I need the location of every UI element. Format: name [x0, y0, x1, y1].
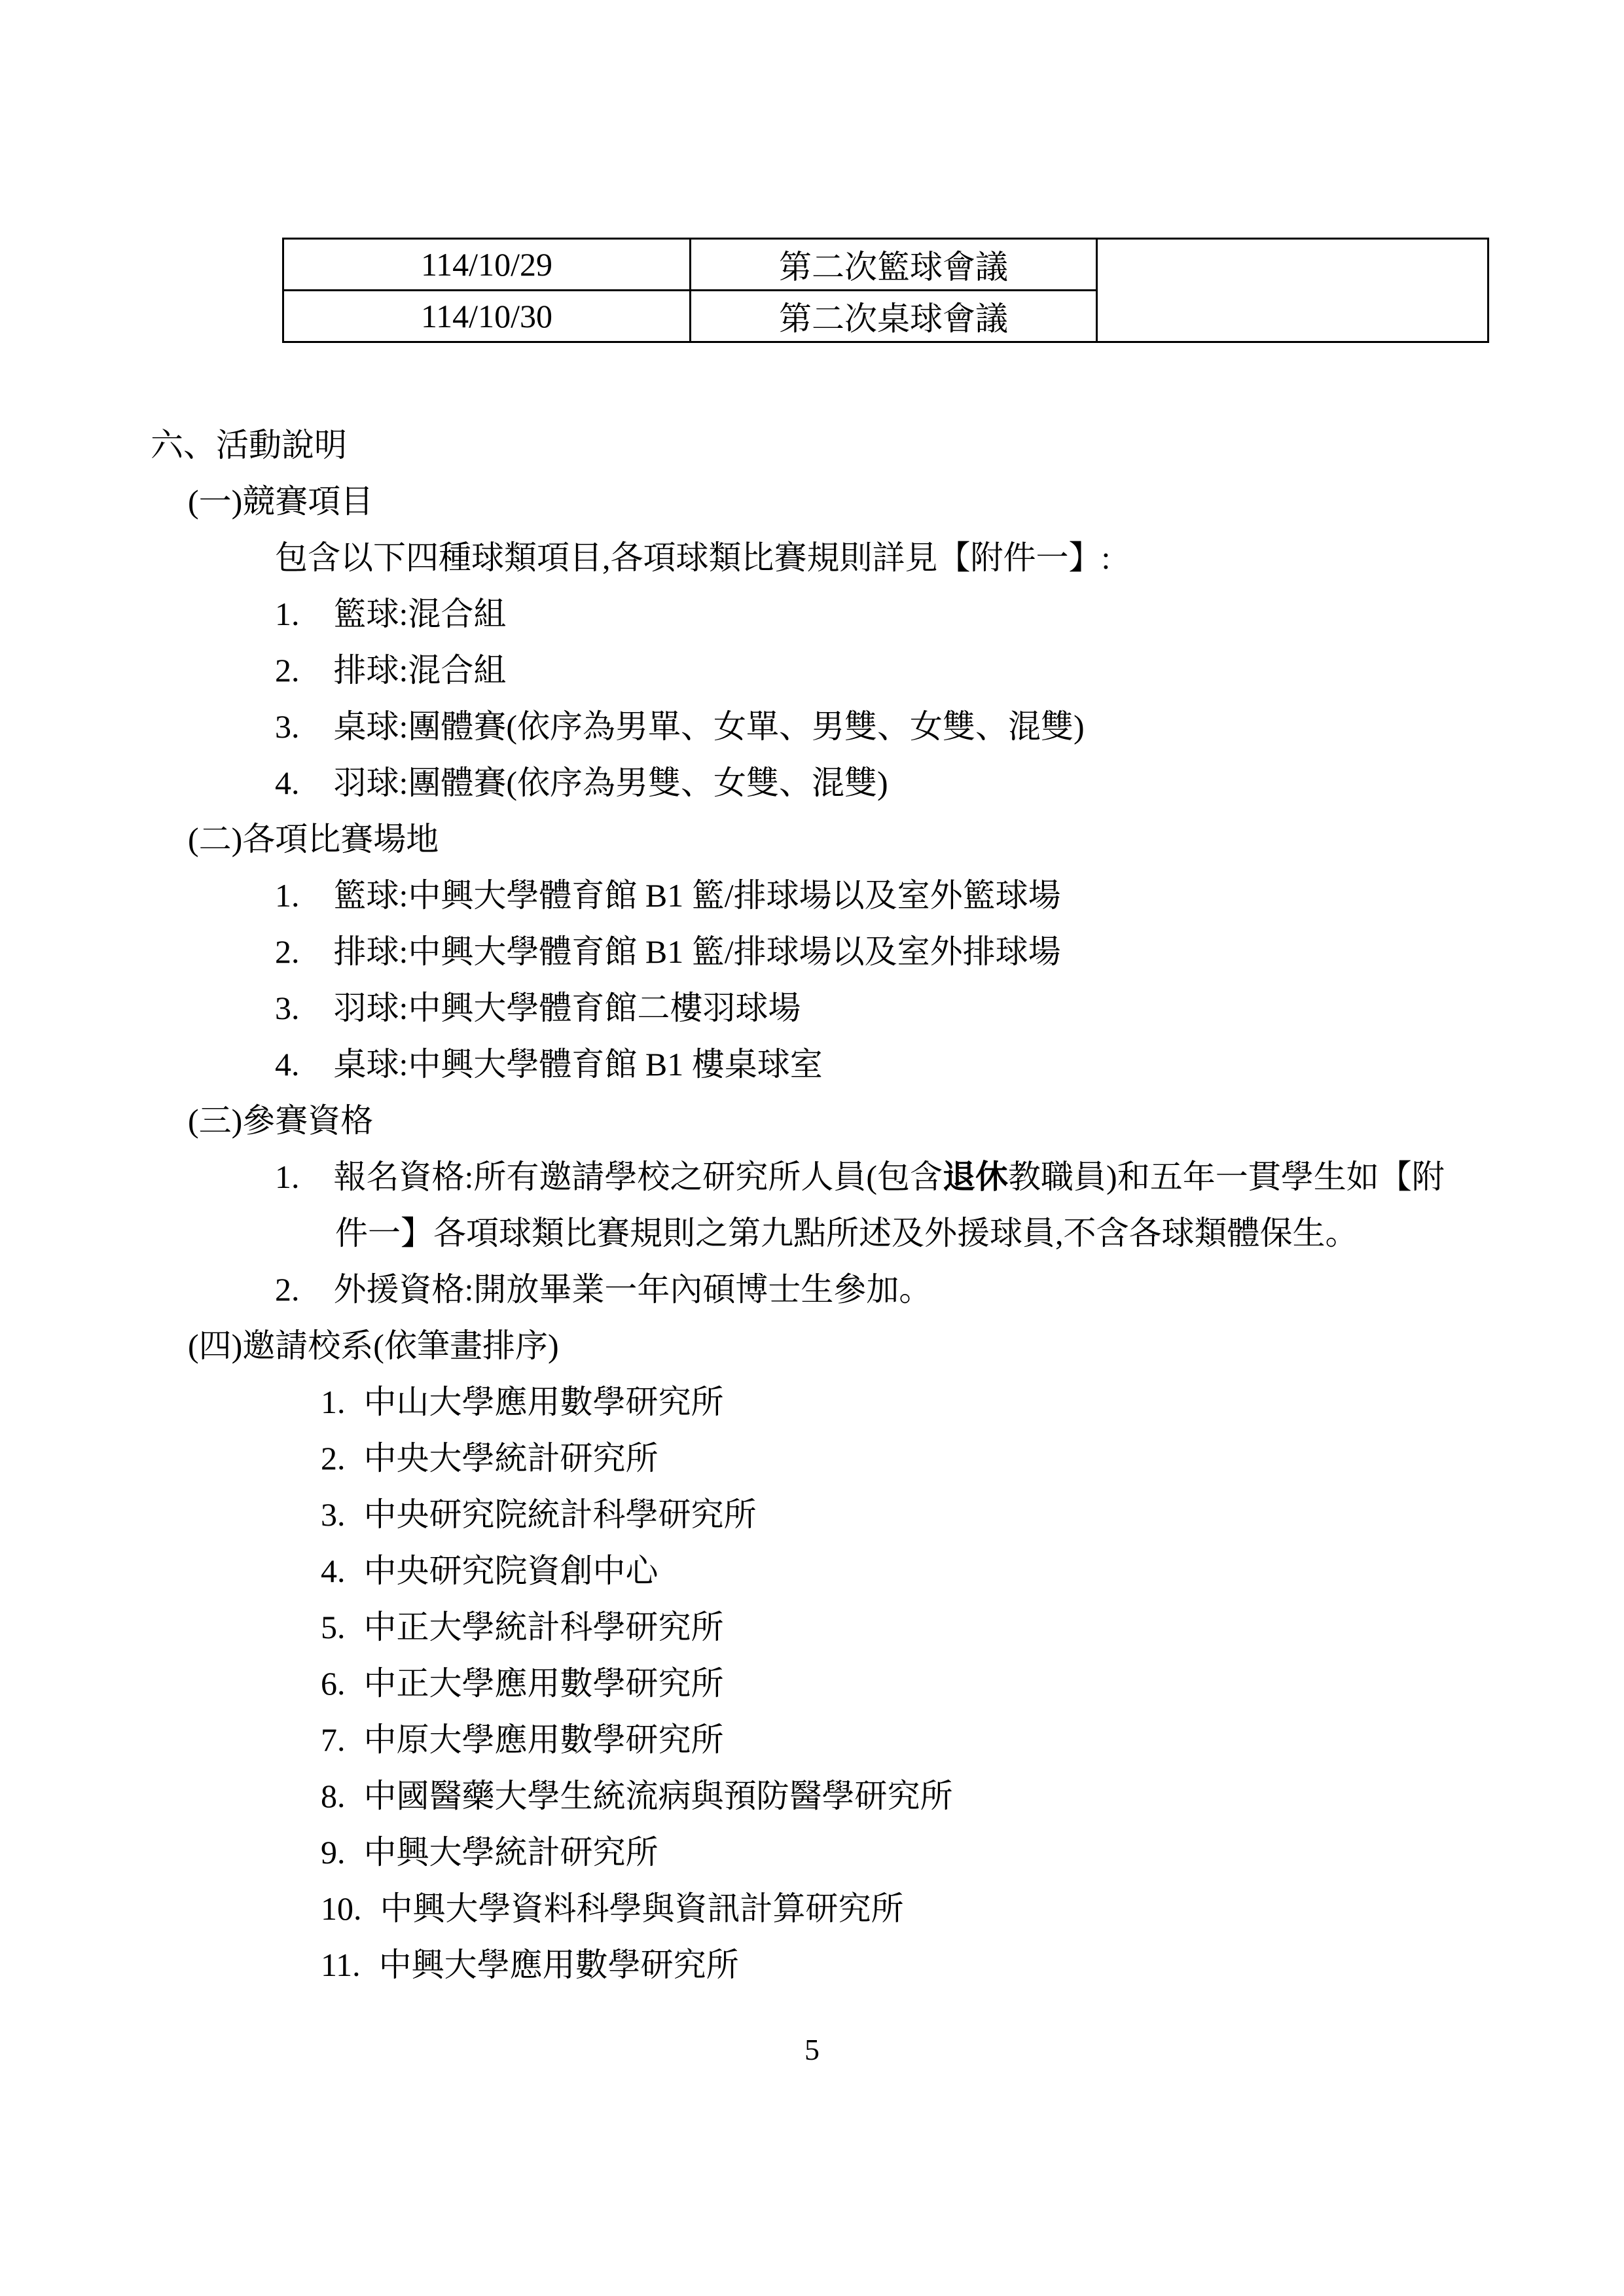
list-item-number: 2.	[321, 1442, 346, 1475]
school-list-item: 1.中山大學應用數學研究所	[0, 1374, 1624, 1430]
list-item-number: 2.	[275, 654, 300, 687]
list-item-text: 中興大學統計研究所	[364, 1836, 659, 1869]
list-item-text: 中央研究院統計科學研究所	[364, 1498, 757, 1531]
subsection-intro: 包含以下四種球類項目,各項球類比賽規則詳見【附件一】:	[0, 529, 1624, 586]
list-item: 4.羽球:團體賽(依序為男雙、女雙、混雙)	[0, 755, 1624, 811]
list-item-text: 中興大學資料科學與資訊計算研究所	[380, 1892, 904, 1925]
list-item-number: 2.	[275, 935, 300, 968]
list-item-text: 報名資格:所有邀請學校之研究所人員(包含	[334, 1160, 943, 1193]
list-item-text: 桌球:團體賽(依序為男單、女單、男雙、女雙、混雙)	[334, 710, 1085, 743]
list-item-text: 籃球:中興大學體育館 B1 籃/排球場以及室外籃球場	[334, 879, 1061, 912]
list-item-text: 中山大學應用數學研究所	[364, 1386, 724, 1418]
schedule-table: 114/10/29 第二次籃球會議 114/10/30 第二次桌球會議	[282, 238, 1489, 343]
list-item-number: 5.	[321, 1611, 346, 1643]
school-list-item: 4.中央研究院資創中心	[0, 1543, 1624, 1599]
note-cell-merged	[1097, 239, 1489, 342]
school-list-item: 11.中興大學應用數學研究所	[0, 1937, 1624, 1993]
list-item-text: 中正大學統計科學研究所	[364, 1611, 724, 1643]
list-item-continuation: 件一】各項球類比賽規則之第九點所述及外援球員,不含各球類體保生。	[0, 1205, 1624, 1261]
school-list-item: 2.中央大學統計研究所	[0, 1430, 1624, 1486]
document-page: 114/10/29 第二次籃球會議 114/10/30 第二次桌球會議 六、活動…	[0, 0, 1624, 2296]
subsection-heading-2: (二)各項比賽場地	[0, 811, 1624, 867]
list-item-text: 羽球:團體賽(依序為男雙、女雙、混雙)	[334, 766, 888, 799]
date-cell: 114/10/29	[283, 239, 691, 291]
date-cell: 114/10/30	[283, 291, 691, 342]
list-item-number: 3.	[275, 710, 300, 743]
list-item-text: 排球:中興大學體育館 B1 籃/排球場以及室外排球場	[334, 935, 1061, 968]
list-item-text-bold: 退休	[943, 1160, 1008, 1193]
list-item-number: 11.	[321, 1948, 361, 1981]
school-list-item: 3.中央研究院統計科學研究所	[0, 1486, 1624, 1543]
list-item: 1.報名資格:所有邀請學校之研究所人員(包含退休教職員)和五年一貫學生如【附	[0, 1149, 1624, 1205]
list-item-text: 桌球:中興大學體育館 B1 樓桌球室	[334, 1048, 823, 1081]
list-item: 1.籃球:中興大學體育館 B1 籃/排球場以及室外籃球場	[0, 867, 1624, 924]
list-item-number: 8.	[321, 1780, 346, 1812]
list-item-text: 中正大學應用數學研究所	[364, 1667, 724, 1700]
school-list-item: 6.中正大學應用數學研究所	[0, 1655, 1624, 1712]
list-item-number: 1.	[321, 1386, 346, 1418]
list-item-number: 4.	[275, 766, 300, 799]
school-list-item: 7.中原大學應用數學研究所	[0, 1712, 1624, 1768]
list-item: 2.排球:中興大學體育館 B1 籃/排球場以及室外排球場	[0, 924, 1624, 980]
subsection-heading-4: (四)邀請校系(依筆畫排序)	[0, 1318, 1624, 1374]
school-list-item: 8.中國醫藥大學生統流病與預防醫學研究所	[0, 1768, 1624, 1824]
list-item-number: 7.	[321, 1723, 346, 1756]
list-item-text: 中興大學應用數學研究所	[379, 1948, 739, 1981]
list-item-text: 中央大學統計研究所	[364, 1442, 659, 1475]
list-item-number: 3.	[275, 992, 300, 1024]
event-cell: 第二次籃球會議	[691, 239, 1097, 291]
page-number: 5	[0, 2032, 1624, 2067]
list-item-text: 外援資格:開放畢業一年內碩博士生參加。	[334, 1273, 932, 1306]
list-item-text: 中國醫藥大學生統流病與預防醫學研究所	[364, 1780, 953, 1812]
list-item-text: 中央研究院資創中心	[364, 1554, 659, 1587]
list-item-number: 1.	[275, 598, 300, 630]
list-item-number: 4.	[275, 1048, 300, 1081]
list-item: 2.排球:混合組	[0, 642, 1624, 698]
table-row: 114/10/29 第二次籃球會議	[283, 239, 1489, 291]
list-item: 3.羽球:中興大學體育館二樓羽球場	[0, 980, 1624, 1036]
list-item-text: 教職員)和五年一貫學生如【附	[1008, 1160, 1445, 1193]
school-list-item: 9.中興大學統計研究所	[0, 1824, 1624, 1880]
section-heading: 六、活動說明	[0, 417, 1624, 473]
list-item-number: 9.	[321, 1836, 346, 1869]
subsection-heading-3: (三)參賽資格	[0, 1092, 1624, 1149]
list-item: 3.桌球:團體賽(依序為男單、女單、男雙、女雙、混雙)	[0, 698, 1624, 755]
school-list-item: 5.中正大學統計科學研究所	[0, 1599, 1624, 1655]
list-item: 2.外援資格:開放畢業一年內碩博士生參加。	[0, 1261, 1624, 1318]
list-item-text: 件一】各項球類比賽規則之第九點所述及外援球員,不含各球類體保生。	[335, 1217, 1358, 1249]
list-item-number: 1.	[275, 1160, 300, 1193]
event-cell: 第二次桌球會議	[691, 291, 1097, 342]
list-item-text: 中原大學應用數學研究所	[364, 1723, 724, 1756]
school-list-item: 10.中興大學資料科學與資訊計算研究所	[0, 1880, 1624, 1937]
list-item-text: 羽球:中興大學體育館二樓羽球場	[334, 992, 801, 1024]
list-item: 1.籃球:混合組	[0, 586, 1624, 642]
list-item-number: 3.	[321, 1498, 346, 1531]
list-item-text: 籃球:混合組	[334, 598, 507, 630]
list-item-number: 10.	[321, 1892, 362, 1925]
list-item-number: 1.	[275, 879, 300, 912]
list-item-number: 4.	[321, 1554, 346, 1587]
list-item-number: 6.	[321, 1667, 346, 1700]
document-body: 六、活動說明 (一)競賽項目 包含以下四種球類項目,各項球類比賽規則詳見【附件一…	[0, 417, 1624, 1993]
list-item-text: 排球:混合組	[334, 654, 507, 687]
subsection-heading-1: (一)競賽項目	[0, 473, 1624, 529]
list-item-number: 2.	[275, 1273, 300, 1306]
list-item: 4.桌球:中興大學體育館 B1 樓桌球室	[0, 1036, 1624, 1092]
